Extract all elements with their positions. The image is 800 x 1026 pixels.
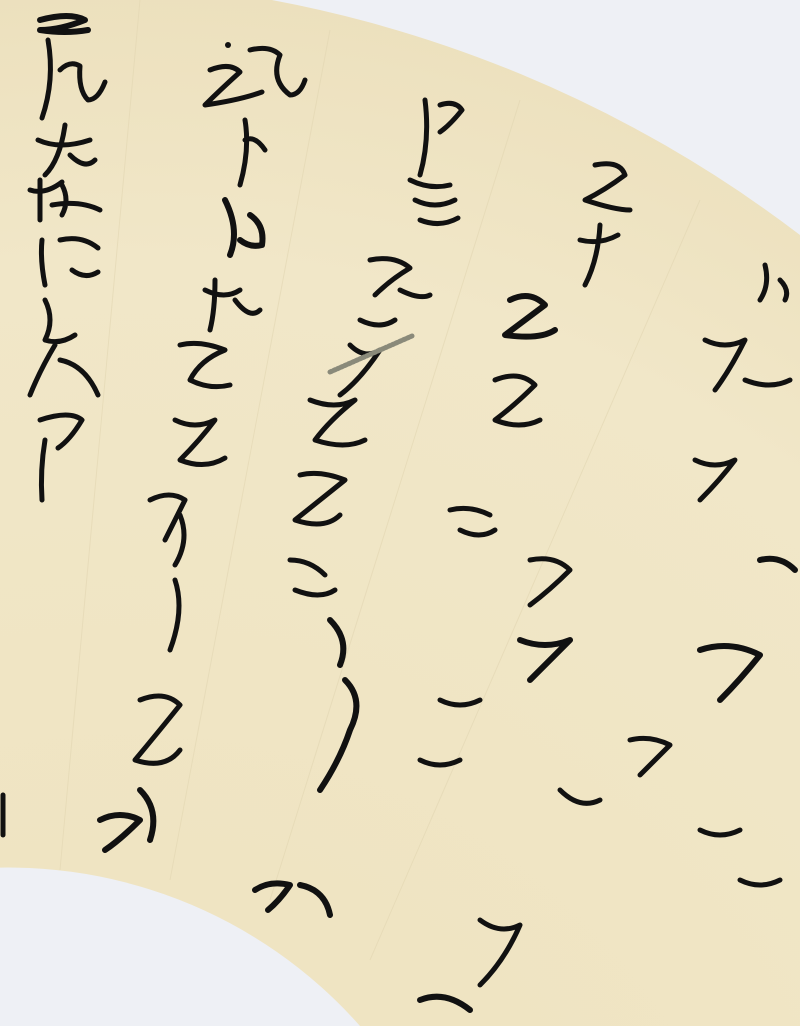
fan-photo: Cursive-script calligraphy on a cream fo… [0,0,800,1026]
fan-svg [0,0,800,1026]
